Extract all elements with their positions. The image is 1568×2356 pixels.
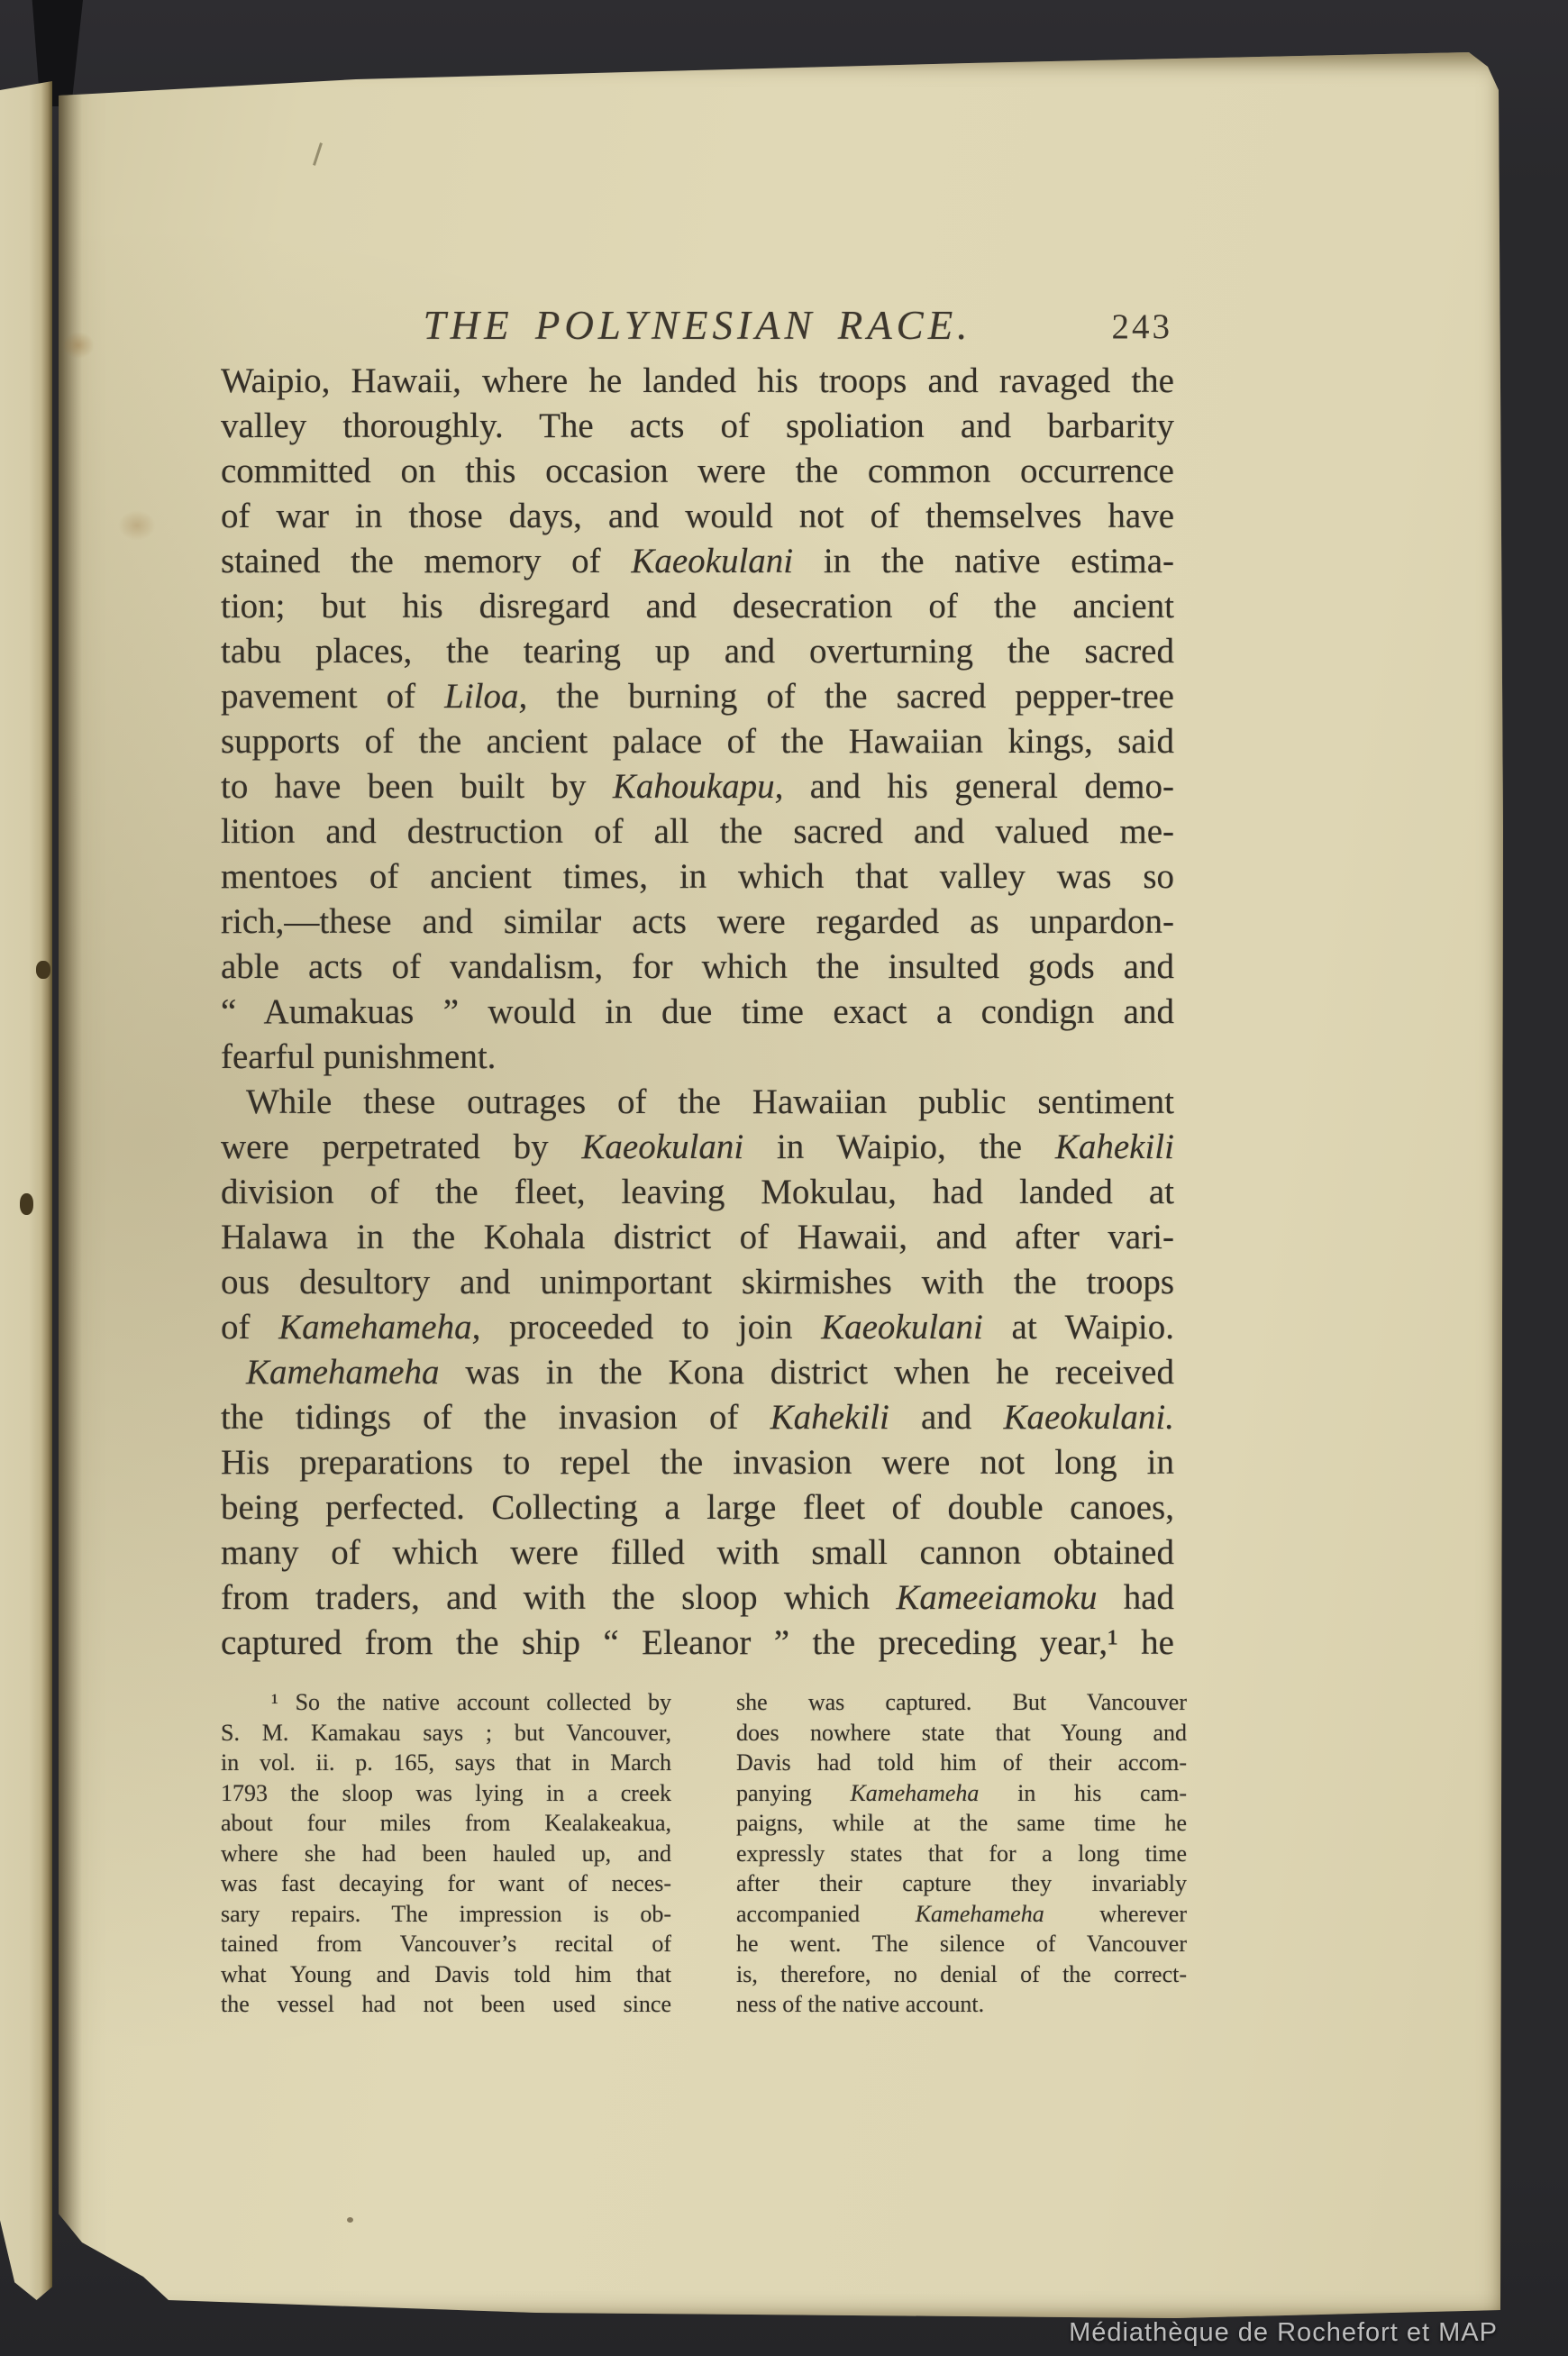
foxing-spot: [118, 510, 156, 541]
text-line: Waipio, Hawaii, where he landed his troo…: [221, 359, 1174, 404]
foxing-spot: [62, 332, 95, 359]
text-line: able acts of vandalism, for which the in…: [221, 945, 1174, 990]
text-line: S. M. Kamakau says ; but Vancouver,: [221, 1718, 671, 1749]
gutter-speck: [20, 1193, 33, 1215]
scanner-background: THE POLYNESIAN RACE. 243 Waipio, Hawaii,…: [0, 0, 1568, 2356]
text-line: paigns, while at the same time he: [736, 1808, 1187, 1839]
text-line: supports of the ancient palace of the Ha…: [221, 719, 1174, 764]
text-line: after their capture they invariably: [736, 1868, 1187, 1899]
adjacent-page-edge: [0, 81, 52, 2300]
text-line: committed on this occasion were the comm…: [221, 449, 1174, 494]
text-line: the tidings of the invasion of Kahekili …: [221, 1395, 1174, 1440]
ink-speck: [347, 2217, 353, 2223]
text-line: 1793 the sloop was lying in a creek: [221, 1778, 671, 1809]
text-line: does nowhere state that Young and: [736, 1718, 1187, 1749]
text-line: she was captured. But Vancouver: [736, 1687, 1187, 1718]
book-page: THE POLYNESIAN RACE. 243 Waipio, Hawaii,…: [59, 52, 1503, 2318]
text-line: pavement of Liloa, the burning of the sa…: [221, 674, 1174, 719]
body-text: Waipio, Hawaii, where he landed his troo…: [221, 359, 1174, 1666]
text-line: many of which were filled with small can…: [221, 1530, 1174, 1575]
text-line: was fast decaying for want of neces-: [221, 1868, 671, 1899]
text-line: ous desultory and unimportant skirmishes…: [221, 1260, 1174, 1305]
text-line: accompanied Kamehameha wherever: [736, 1899, 1187, 1930]
text-line: in vol. ii. p. 165, says that in March: [221, 1748, 671, 1778]
text-line: Davis had told him of their accom-: [736, 1748, 1187, 1778]
text-line: sary repairs. The impression is ob-: [221, 1899, 671, 1930]
text-line: ¹ So the native account collected by: [221, 1687, 671, 1718]
text-line: division of the fleet, leaving Mokulau, …: [221, 1170, 1174, 1215]
text-line: panying Kamehameha in his cam-: [736, 1778, 1187, 1809]
text-line: expressly states that for a long time: [736, 1839, 1187, 1869]
footnote-right-column: she was captured. But Vancouverdoes nowh…: [736, 1687, 1187, 2020]
text-line: to have been built by Kahoukapu, and his…: [221, 764, 1174, 809]
text-line: captured from the ship “ Eleanor ” the p…: [221, 1621, 1174, 1666]
text-line: ness of the native account.: [736, 1989, 1187, 2020]
text-line: valley thoroughly. The acts of spoliatio…: [221, 404, 1174, 449]
text-line: mentoes of ancient times, in which that …: [221, 854, 1174, 899]
text-line: stained the memory of Kaeokulani in the …: [221, 539, 1174, 584]
text-line: of Kamehameha, proceeded to join Kaeokul…: [221, 1305, 1174, 1350]
text-line: where she had been hauled up, and: [221, 1839, 671, 1869]
text-line: Halawa in the Kohala district of Hawaii,…: [221, 1215, 1174, 1260]
text-line: tabu places, the tearing up and overturn…: [221, 629, 1174, 674]
text-line: lition and destruction of all the sacred…: [221, 809, 1174, 854]
text-line: being perfected. Collecting a large flee…: [221, 1485, 1174, 1530]
pen-mark: [313, 142, 323, 166]
watermark: Médiathèque de Rochefort et MAP: [1069, 2318, 1498, 2348]
text-line: tion; but his disregard and desecration …: [221, 584, 1174, 629]
text-line: the vessel had not been used since: [221, 1989, 671, 2020]
gutter-shadow: [59, 52, 82, 2318]
text-line: His preparations to repel the invasion w…: [221, 1440, 1174, 1485]
running-header: THE POLYNESIAN RACE. 243: [221, 297, 1174, 353]
page-number: 243: [1112, 306, 1173, 347]
text-line: from traders, and with the sloop which K…: [221, 1575, 1174, 1621]
text-line: While these outrages of the Hawaiian pub…: [221, 1080, 1174, 1125]
text-line: about four miles from Kealakeakua,: [221, 1808, 671, 1839]
text-line: “ Aumakuas ” would in due time exact a c…: [221, 990, 1174, 1035]
text-line: is, therefore, no denial of the correct-: [736, 1959, 1187, 1990]
text-line: rich,—these and similar acts were regard…: [221, 899, 1174, 945]
text-line: fearful punishment.: [221, 1035, 1174, 1080]
footnote-left-column: ¹ So the native account collected byS. M…: [221, 1687, 671, 2020]
header-title: THE POLYNESIAN RACE.: [221, 297, 1174, 353]
gutter-speck: [36, 961, 50, 979]
text-line: tained from Vancouver’s recital of: [221, 1929, 671, 1959]
text-line: of war in those days, and would not of t…: [221, 494, 1174, 539]
text-line: what Young and Davis told him that: [221, 1959, 671, 1990]
text-line: he went. The silence of Vancouver: [736, 1929, 1187, 1959]
text-line: were perpetrated by Kaeokulani in Waipio…: [221, 1125, 1174, 1170]
text-line: Kamehameha was in the Kona district when…: [221, 1350, 1174, 1395]
